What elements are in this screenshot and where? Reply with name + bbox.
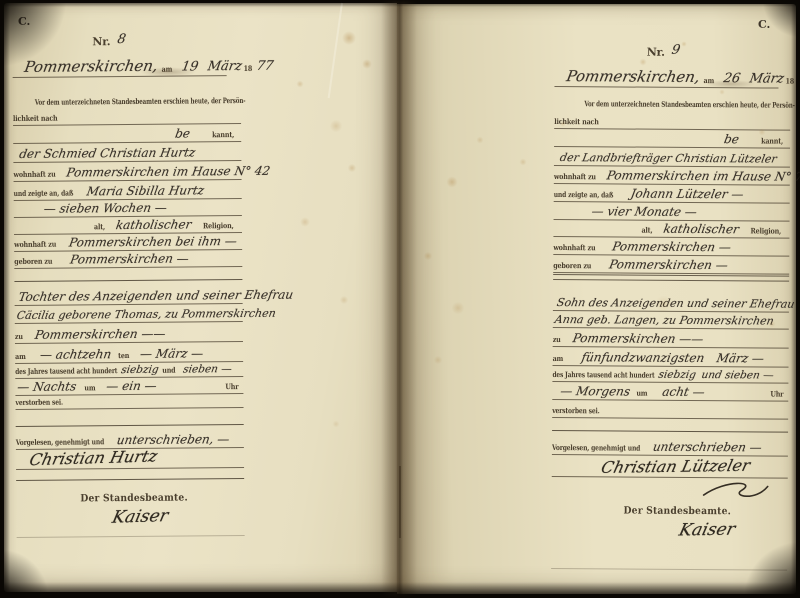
month-value: März: [204, 59, 245, 75]
dateline-row: Pommerskirchen, am 26 März 18 77: [554, 62, 778, 89]
birthplace-value: Pommerskirchen —: [67, 251, 192, 267]
uhr-label: Uhr: [225, 382, 239, 393]
separator-line: [552, 430, 788, 433]
relation2-value: Cäcilia geborene Thomas, zu Pommerskirch…: [14, 307, 279, 323]
paper-crease: [328, 3, 343, 98]
zeigte-label: und zeigte an, daß: [554, 190, 614, 201]
separator-line: [14, 279, 242, 282]
am-label: am: [162, 65, 173, 76]
place-value: Pommerskirchen,: [21, 57, 161, 77]
dateline-row: Pommerskirchen, am 19 März 18 77: [12, 51, 226, 78]
year-value: 77: [795, 72, 800, 88]
declarant-signature: Christian Hurtz: [27, 446, 159, 470]
wohnhaft-label: wohnhaft zu: [13, 170, 56, 181]
declarant-signature-row: Christian Hurtz: [16, 445, 244, 470]
separator-line: [16, 478, 244, 481]
birthplace-value: Pommerskirchen —: [606, 257, 731, 273]
bottom-rule: [551, 568, 787, 571]
wohnhaft-label: wohnhaft zu: [14, 240, 57, 251]
day-value: 19: [178, 59, 201, 75]
nr-value: 8: [114, 32, 129, 48]
geboren-label: geboren zu: [553, 261, 592, 272]
wohnhaft-label: wohnhaft zu: [554, 172, 597, 183]
zu-label: zu: [553, 335, 562, 346]
birthplace-row: geboren zu Pommerskirchen —: [553, 254, 789, 275]
decade-value: siebzig: [118, 364, 161, 377]
registrar-signature-row: Kaiser: [679, 517, 800, 543]
month-value: März: [746, 71, 787, 87]
registrar-signature: Kaiser: [677, 520, 737, 542]
zu-label: zu: [15, 332, 24, 343]
register-book-photo: C. Nr. 8 Pommerskirchen, am 19 März 18 7…: [0, 0, 800, 598]
bottom-rule: [17, 535, 245, 538]
zeigte-label: und zeigte an, daß: [14, 188, 74, 200]
record-number-row: Nr. 8: [92, 28, 152, 49]
age-value: — vier Monate —: [588, 204, 700, 220]
nr-label: Nr.: [92, 35, 111, 48]
signature-flourish: [702, 477, 774, 504]
year-prefix-label: 18: [244, 64, 253, 75]
death-month-value: März —: [713, 351, 767, 366]
death-year-row: des Jahres tausend acht hundert siebzig …: [552, 365, 788, 384]
verstorben-label: verstorben sei.: [15, 398, 63, 409]
hour-value: acht —: [659, 385, 708, 400]
year-word-value: und sieben —: [698, 369, 776, 383]
death-place-row: zu Pommerskirchen ——: [553, 328, 789, 349]
religion-value: katholischer: [660, 222, 742, 238]
intro-text-2: lichkeit nach: [13, 114, 58, 125]
year-value: 77: [253, 59, 276, 75]
relation-row-2: Cäcilia geborene Thomas, zu Pommerskirch…: [15, 303, 243, 324]
alt-label: alt,: [94, 222, 106, 233]
am-label: am: [704, 76, 715, 87]
jahr-label: des Jahres tausend acht hundert: [552, 370, 655, 382]
deceased-value: Maria Sibilla Hurtz: [84, 183, 208, 199]
verstorben-label: verstorben sei.: [552, 406, 600, 417]
relation1-value: Tochter des Anzeigenden und seiner Ehefr…: [15, 288, 296, 305]
wohnhaft-label: wohnhaft zu: [553, 243, 596, 254]
declarant-signature: Christian Lützeler: [599, 456, 752, 478]
year-prefix-label: 18: [786, 77, 795, 88]
left-record-form: Nr. 8 Pommerskirchen, am 19 März 18 77 V…: [12, 1, 245, 588]
birthplace-row: geboren zu Pommerskirchen —: [14, 249, 242, 269]
residence2-value: Pommerskirchen bei ihm —: [65, 234, 239, 251]
uhr-label: Uhr: [770, 390, 784, 401]
declarant-value: der Landbriefträger Christian Lützeler: [557, 151, 780, 167]
time-of-day-value: — Nachts: [14, 379, 79, 395]
registrar-signature-row: Kaiser: [112, 502, 340, 528]
right-record-form: Nr. 9 Pommerskirchen, am 26 März 18 77 V…: [551, 12, 791, 589]
relation-row-2: Anna geb. Langen, zu Pommerskirchen: [553, 309, 789, 330]
religion-label: Religion,: [750, 226, 782, 237]
religion-label: Religion,: [203, 221, 235, 232]
und-label: und: [162, 366, 176, 377]
residence-value: Pommerskirchen im Hause N° 71 —: [603, 168, 800, 185]
alt-label: alt,: [641, 226, 653, 237]
nr-value: 9: [668, 43, 683, 59]
um-label: um: [84, 383, 96, 394]
residence2-value: Pommerskirchen —: [608, 239, 733, 255]
deceased-value: Johann Lützeler —: [628, 187, 747, 203]
death-place-row: zu Pommerskirchen ——: [15, 323, 243, 344]
death-day-value: fünfundzwanzigsten: [579, 350, 708, 366]
decade-value: siebzig: [655, 369, 699, 382]
registrar-signature: Kaiser: [110, 506, 170, 529]
bekannt-label: kannt,: [212, 130, 235, 141]
declarant-value: der Schmied Christian Hurtz: [16, 145, 198, 162]
death-place-value: Pommerskirchen ——: [570, 331, 707, 347]
day-value: 26: [720, 71, 743, 87]
place-value: Pommerskirchen,: [563, 67, 704, 87]
geboren-label: geboren zu: [14, 257, 53, 268]
hour-value: — ein —: [103, 379, 160, 394]
be-value: be: [721, 132, 743, 147]
separator-line: [16, 424, 244, 427]
year-word-value: sieben —: [180, 363, 235, 376]
binding-stitch: [399, 466, 401, 538]
verstorben-row: verstorben sei.: [552, 403, 788, 420]
death-place-value: Pommerskirchen ——: [32, 327, 169, 343]
declarant-signature-row: Christian Lützeler: [552, 452, 788, 479]
record-number-row: Nr. 9: [647, 39, 707, 59]
intro-text-2: lichkeit nach: [554, 117, 599, 128]
right-page: C. Nr. 9 Pommerskirchen, am 26 März 18 7…: [397, 4, 796, 594]
be-value: be: [172, 126, 193, 141]
bekannt-label: kannt,: [761, 136, 784, 147]
relation2-value: Anna geb. Langen, zu Pommerskirchen: [552, 313, 777, 329]
separator-line: [553, 274, 789, 282]
um-label: um: [636, 389, 648, 400]
time-of-day-value: — Morgens: [557, 384, 633, 399]
verstorben-row: verstorben sei.: [15, 393, 243, 410]
left-page: C. Nr. 8 Pommerskirchen, am 19 März 18 7…: [4, 3, 397, 592]
religion-value: katholischer: [112, 217, 194, 233]
am-tag-label: am: [553, 354, 564, 365]
death-time-row: — Morgens um acht — Uhr: [552, 382, 788, 402]
age-value: — sieben Wochen —: [41, 201, 171, 217]
nr-label: Nr.: [647, 46, 666, 59]
jahr-label: des Jahres tausend acht hundert: [15, 366, 118, 378]
